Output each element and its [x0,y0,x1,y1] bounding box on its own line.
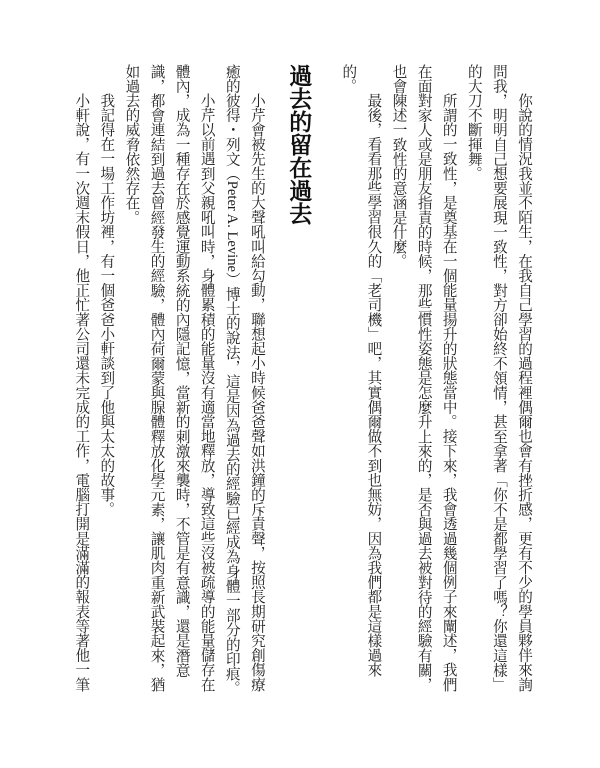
book-page: 你說的情況我並不陌生，在我自己學習的過程裡偶爾也會有挫折感，更有不少的學員夥伴來… [0,0,600,768]
paragraph-implicit-memory: 小芹以前遇到父親吼叫時，身體累積的能量沒有適當地釋放，導致這些沒被疏導的能量儲存… [118,64,218,706]
paragraph-xiaoxuan-weekend: 小軒說，有一次週末假日，他正忙著公司還未完成的工作，電腦打開是滿滿的報表等著他一… [68,64,93,706]
paragraph-xiaoqin-trigger: 小芹會被先生的大聲吼叫給勾動，聯想起小時候爸爸聲如洪鐘的斥責聲，按照長期研究創傷… [219,64,269,706]
paragraph-consistency-frustration: 你說的情況我並不陌生，在我自己學習的過程裡偶爾也會有挫折感，更有不少的學員夥伴來… [461,64,536,706]
section-heading: 過去的留在過去 [282,64,315,706]
vertical-text-block: 你說的情況我並不陌生，在我自己學習的過程裡偶爾也會有挫折感，更有不少的學員夥伴來… [68,64,536,706]
paragraph-veteran-learners: 最後，看看那些學習很久的「老司機」吧，其實偶爾做不到也無妨，因為我們都是這樣過來… [335,64,385,706]
paragraph-workshop-intro: 我記得在一場工作坊裡，有一個爸爸小軒談到了他與太太的故事。 [93,64,118,706]
paragraph-consistency-definition: 所謂的一致性，是奠基在一個能量揚升的狀態當中。接下來，我會透過幾個例子來闡述，我… [385,64,460,706]
